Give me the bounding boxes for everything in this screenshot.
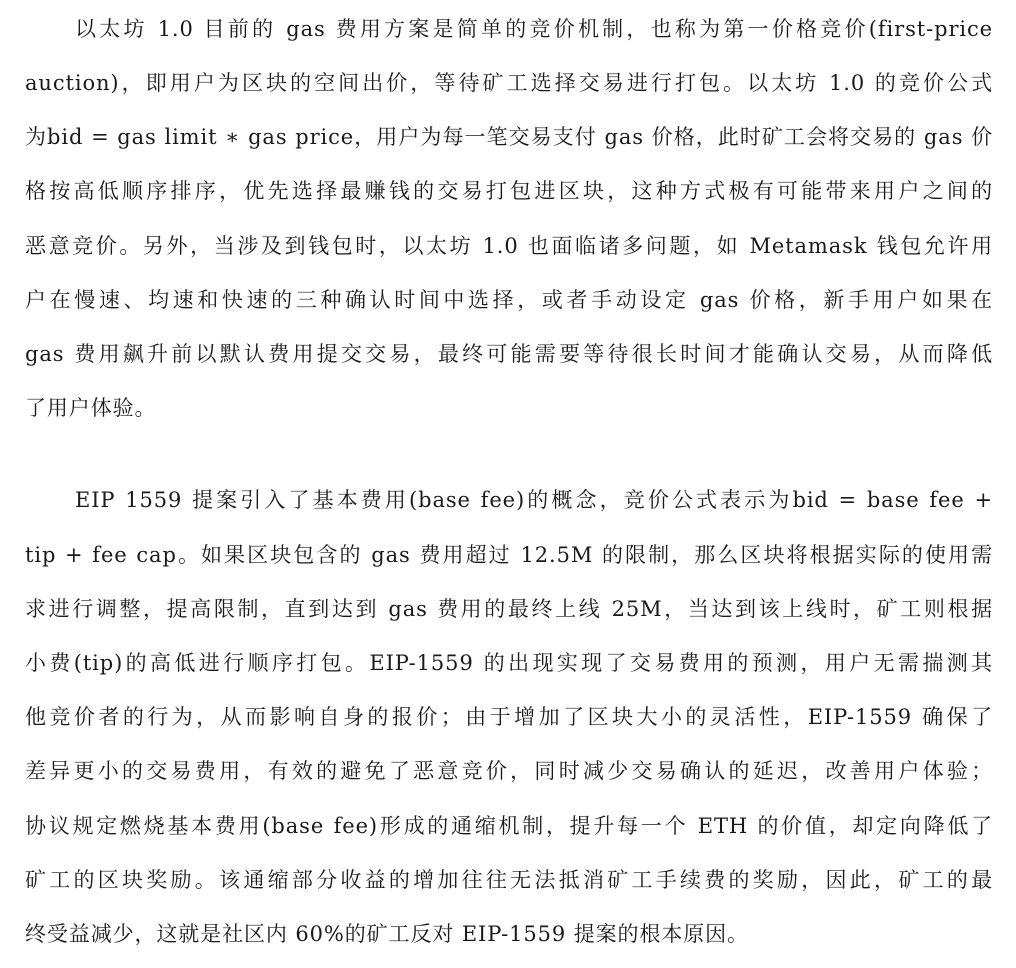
text-line: 户在慢速、均速和快速的三种确认时间中选择，或者手动设定 gas 价格，新手用户如… <box>25 285 993 315</box>
text-line: 协议规定燃烧基本费用(base fee)形成的通缩机制，提升每一个 ETH 的价… <box>25 811 993 841</box>
text-line-with-formula: tip + fee cap。如果区块包含的 gas 费用超过 12.5M 的限制… <box>25 540 993 570</box>
text-line: 恶意竞价。另外，当涉及到钱包时，以太坊 1.0 也面临诸多问题，如 Metama… <box>25 231 993 261</box>
text-line: 终受益减少，这就是社区内 60%的矿工反对 EIP-1559 提案的根本原因。 <box>25 919 993 949</box>
text-line-with-formula: 为bid = gas limit ∗ gas price，用户为每一笔交易支付 … <box>25 122 993 152</box>
text-line: 格按高低顺序排序，优先选择最赚钱的交易打包进区块，这种方式极有可能带来用户之间的 <box>25 176 993 206</box>
text-line: 以太坊 1.0 目前的 gas 费用方案是简单的竞价机制，也称为第一价格竞价(f… <box>75 14 993 44</box>
text-line: 求进行调整，提高限制，直到达到 gas 费用的最终上线 25M，当达到该上线时，… <box>25 594 993 624</box>
text-line: gas 费用飙升前以默认费用提交交易，最终可能需要等待很长时间才能确认交易，从而… <box>25 339 993 369</box>
text-line: 差异更小的交易费用，有效的避免了恶意竞价，同时减少交易确认的延迟，改善用户体验； <box>25 756 993 786</box>
text-line: 矿工的区块奖励。该通缩部分收益的增加往往无法抵消矿工手续费的奖励，因此，矿工的最 <box>25 865 993 895</box>
text-line: 小费(tip)的高低进行顺序打包。EIP-1559 的出现实现了交易费用的预测，… <box>25 648 993 678</box>
text-line: 他竞价者的行为，从而影响自身的报价；由于增加了区块大小的灵活性，EIP-1559… <box>25 702 993 732</box>
text-line-with-formula: EIP 1559 提案引入了基本费用(base fee)的概念，竞价公式表示为b… <box>75 485 993 515</box>
text-line: 了用户体验。 <box>25 393 993 423</box>
text-line: auction)，即用户为区块的空间出价，等待矿工选择交易进行打包。以太坊 1.… <box>25 68 993 98</box>
